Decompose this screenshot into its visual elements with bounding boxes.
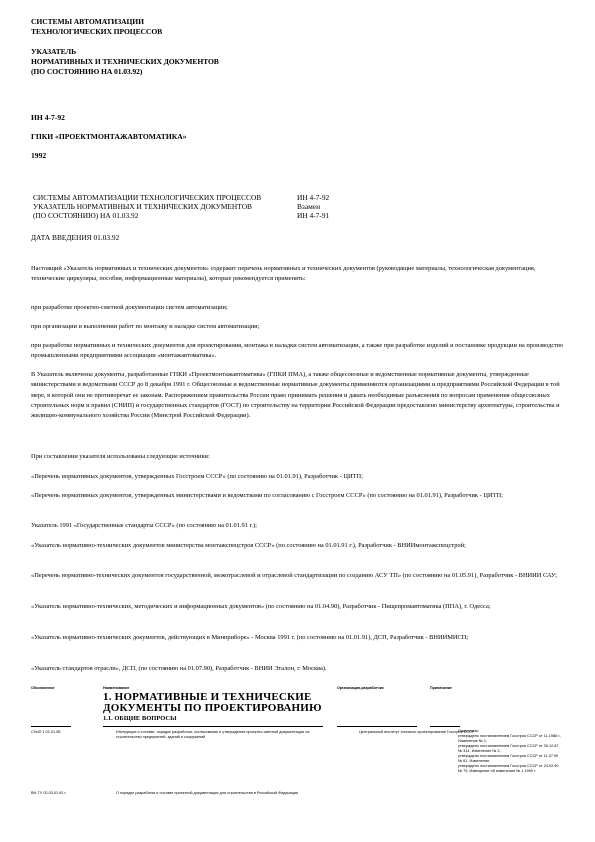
paragraph: «Перечень нормативных документов, утверж… — [31, 472, 567, 482]
paragraph-text: Указатель 1991 «Государственные стандарт… — [31, 521, 567, 531]
header-row: (ПО СОСТОЯНИЮ) НА 01.03.92 ИН 4-7-91 — [33, 211, 377, 220]
row-name: Инструкция о составе, порядке разработки… — [116, 730, 331, 740]
paragraph-text: при разработке проектно-сметной документ… — [31, 303, 567, 313]
paragraph: «Указатель нормативно-технических докуме… — [31, 541, 567, 551]
paragraph-text: «Указатель стандартов отрасли», ДСП, (по… — [31, 664, 567, 674]
column-header-designation: Обозначение — [31, 686, 55, 690]
paragraph-text: В Указатель включены документы, разработ… — [31, 370, 567, 421]
header-table: СИСТЕМЫ АВТОМАТИЗАЦИИ ТЕХНОЛОГИЧЕСКИХ ПР… — [33, 193, 377, 220]
subtitle-line: (ПО СОСТОЯНИЮ НА 01.03.92) — [31, 67, 219, 77]
paragraph-text: «Указатель нормативно-технических, метод… — [31, 602, 567, 612]
subsection-title: 1.1. ОБЩИЕ ВОПРОСЫ — [103, 715, 176, 722]
column-header-notes: Примечание — [430, 686, 452, 690]
paragraph: При составлении указателя использованы с… — [31, 452, 567, 462]
paragraph-text: «Указатель нормативно-технических докуме… — [31, 541, 567, 551]
paragraph-text: «Перечень нормативно-технических докумен… — [31, 571, 567, 581]
paragraph: В Указатель включены документы, разработ… — [31, 370, 567, 421]
header-left: УКАЗАТЕЛЬ НОРМАТИВНЫХ И ТЕХНИЧЕСКИХ ДОКУ… — [33, 202, 297, 211]
paragraph-text: «Указатель нормативно-технических докуме… — [31, 633, 567, 643]
paragraph: «Указатель нормативно-технических, метод… — [31, 602, 567, 612]
organization-name: ГПКИ «ПРОЕКТМОНТАЖАВТОМАТИКА» — [31, 132, 187, 141]
paragraph-text: Настоящий «Указатель нормативных и техни… — [31, 264, 567, 285]
header-row: УКАЗАТЕЛЬ НОРМАТИВНЫХ И ТЕХНИЧЕСКИХ ДОКУ… — [33, 202, 377, 211]
column-rule — [337, 726, 417, 727]
column-rule — [430, 726, 460, 727]
paragraph-text: при организации и выполнении работ по мо… — [31, 322, 567, 332]
column-rule — [103, 726, 323, 727]
document-code: ИН 4-7-92 — [31, 113, 65, 122]
header-right: ИН 4-7-91 — [297, 211, 377, 220]
document-title-block: СИСТЕМЫ АВТОМАТИЗАЦИИ ТЕХНОЛОГИЧЕСКИХ ПР… — [31, 17, 219, 77]
section-title: 1. НОРМАТИВНЫЕ И ТЕХНИЧЕСКИЕ ДОКУМЕНТЫ П… — [103, 692, 322, 714]
header-row: СИСТЕМЫ АВТОМАТИЗАЦИИ ТЕХНОЛОГИЧЕСКИХ ПР… — [33, 193, 377, 202]
paragraph-text: «Перечень нормативных документов, утверж… — [31, 491, 567, 501]
title-line: ТЕХНОЛОГИЧЕСКИХ ПРОЦЕССОВ — [31, 27, 219, 37]
row-designation: СНиП 1.02.01-85 — [31, 730, 61, 735]
paragraph: «Перечень нормативных документов, утверж… — [31, 491, 567, 501]
paragraph: при разработке нормативных и технических… — [31, 341, 567, 362]
row-notes: Изменения: утверждено постановлением Гос… — [458, 729, 563, 774]
paragraph: Настоящий «Указатель нормативных и техни… — [31, 264, 567, 285]
paragraph: при разработке проектно-сметной документ… — [31, 303, 567, 313]
header-right: Взамен — [297, 202, 377, 211]
header-right: ИН 4-7-92 — [297, 193, 377, 202]
section-title-line: ДОКУМЕНТЫ ПО ПРОЕКТИРОВАНИЮ — [103, 703, 322, 714]
paragraph: «Перечень нормативно-технических докумен… — [31, 571, 567, 581]
column-header-name: Наименование — [103, 686, 129, 690]
note-line: утверждено постановлением Госстроя СССР … — [458, 734, 563, 744]
paragraph: при организации и выполнении работ по мо… — [31, 322, 567, 332]
intro-date: ДАТА ВВЕДЕНИЯ 01.03.92 — [31, 233, 119, 242]
note-line: утверждено постановлением Госстроя СССР … — [458, 754, 563, 764]
row-name: О порядке разработки и составе проектной… — [116, 791, 326, 796]
header-left: (ПО СОСТОЯНИЮ) НА 01.03.92 — [33, 211, 297, 220]
subtitle-line: НОРМАТИВНЫХ И ТЕХНИЧЕСКИХ ДОКУМЕНТОВ — [31, 57, 219, 67]
paragraph: «Указатель стандартов отрасли», ДСП, (по… — [31, 664, 567, 674]
row-developer: Центральный институт типового проектиров… — [359, 730, 439, 735]
note-line: утверждено постановлением Госстроя СССР … — [458, 764, 563, 774]
paragraph-text: при разработке нормативных и технических… — [31, 341, 567, 362]
row-designation: ВН-ТУ 02.03.01.92 г. — [31, 791, 66, 796]
document-year: 1992 — [31, 151, 46, 160]
note-line: утверждено постановлением Госстроя СССР … — [458, 744, 563, 754]
column-rule — [31, 726, 71, 727]
column-header-developer: Организация-разработчик — [337, 686, 384, 690]
paragraph: «Указатель нормативно-технических докуме… — [31, 633, 567, 643]
subtitle-line: УКАЗАТЕЛЬ — [31, 47, 219, 57]
title-line: СИСТЕМЫ АВТОМАТИЗАЦИИ — [31, 17, 219, 27]
header-left: СИСТЕМЫ АВТОМАТИЗАЦИИ ТЕХНОЛОГИЧЕСКИХ ПР… — [33, 193, 297, 202]
paragraph-text: «Перечень нормативных документов, утверж… — [31, 472, 567, 482]
paragraph: Указатель 1991 «Государственные стандарт… — [31, 521, 567, 531]
paragraph-text: При составлении указателя использованы с… — [31, 452, 567, 462]
